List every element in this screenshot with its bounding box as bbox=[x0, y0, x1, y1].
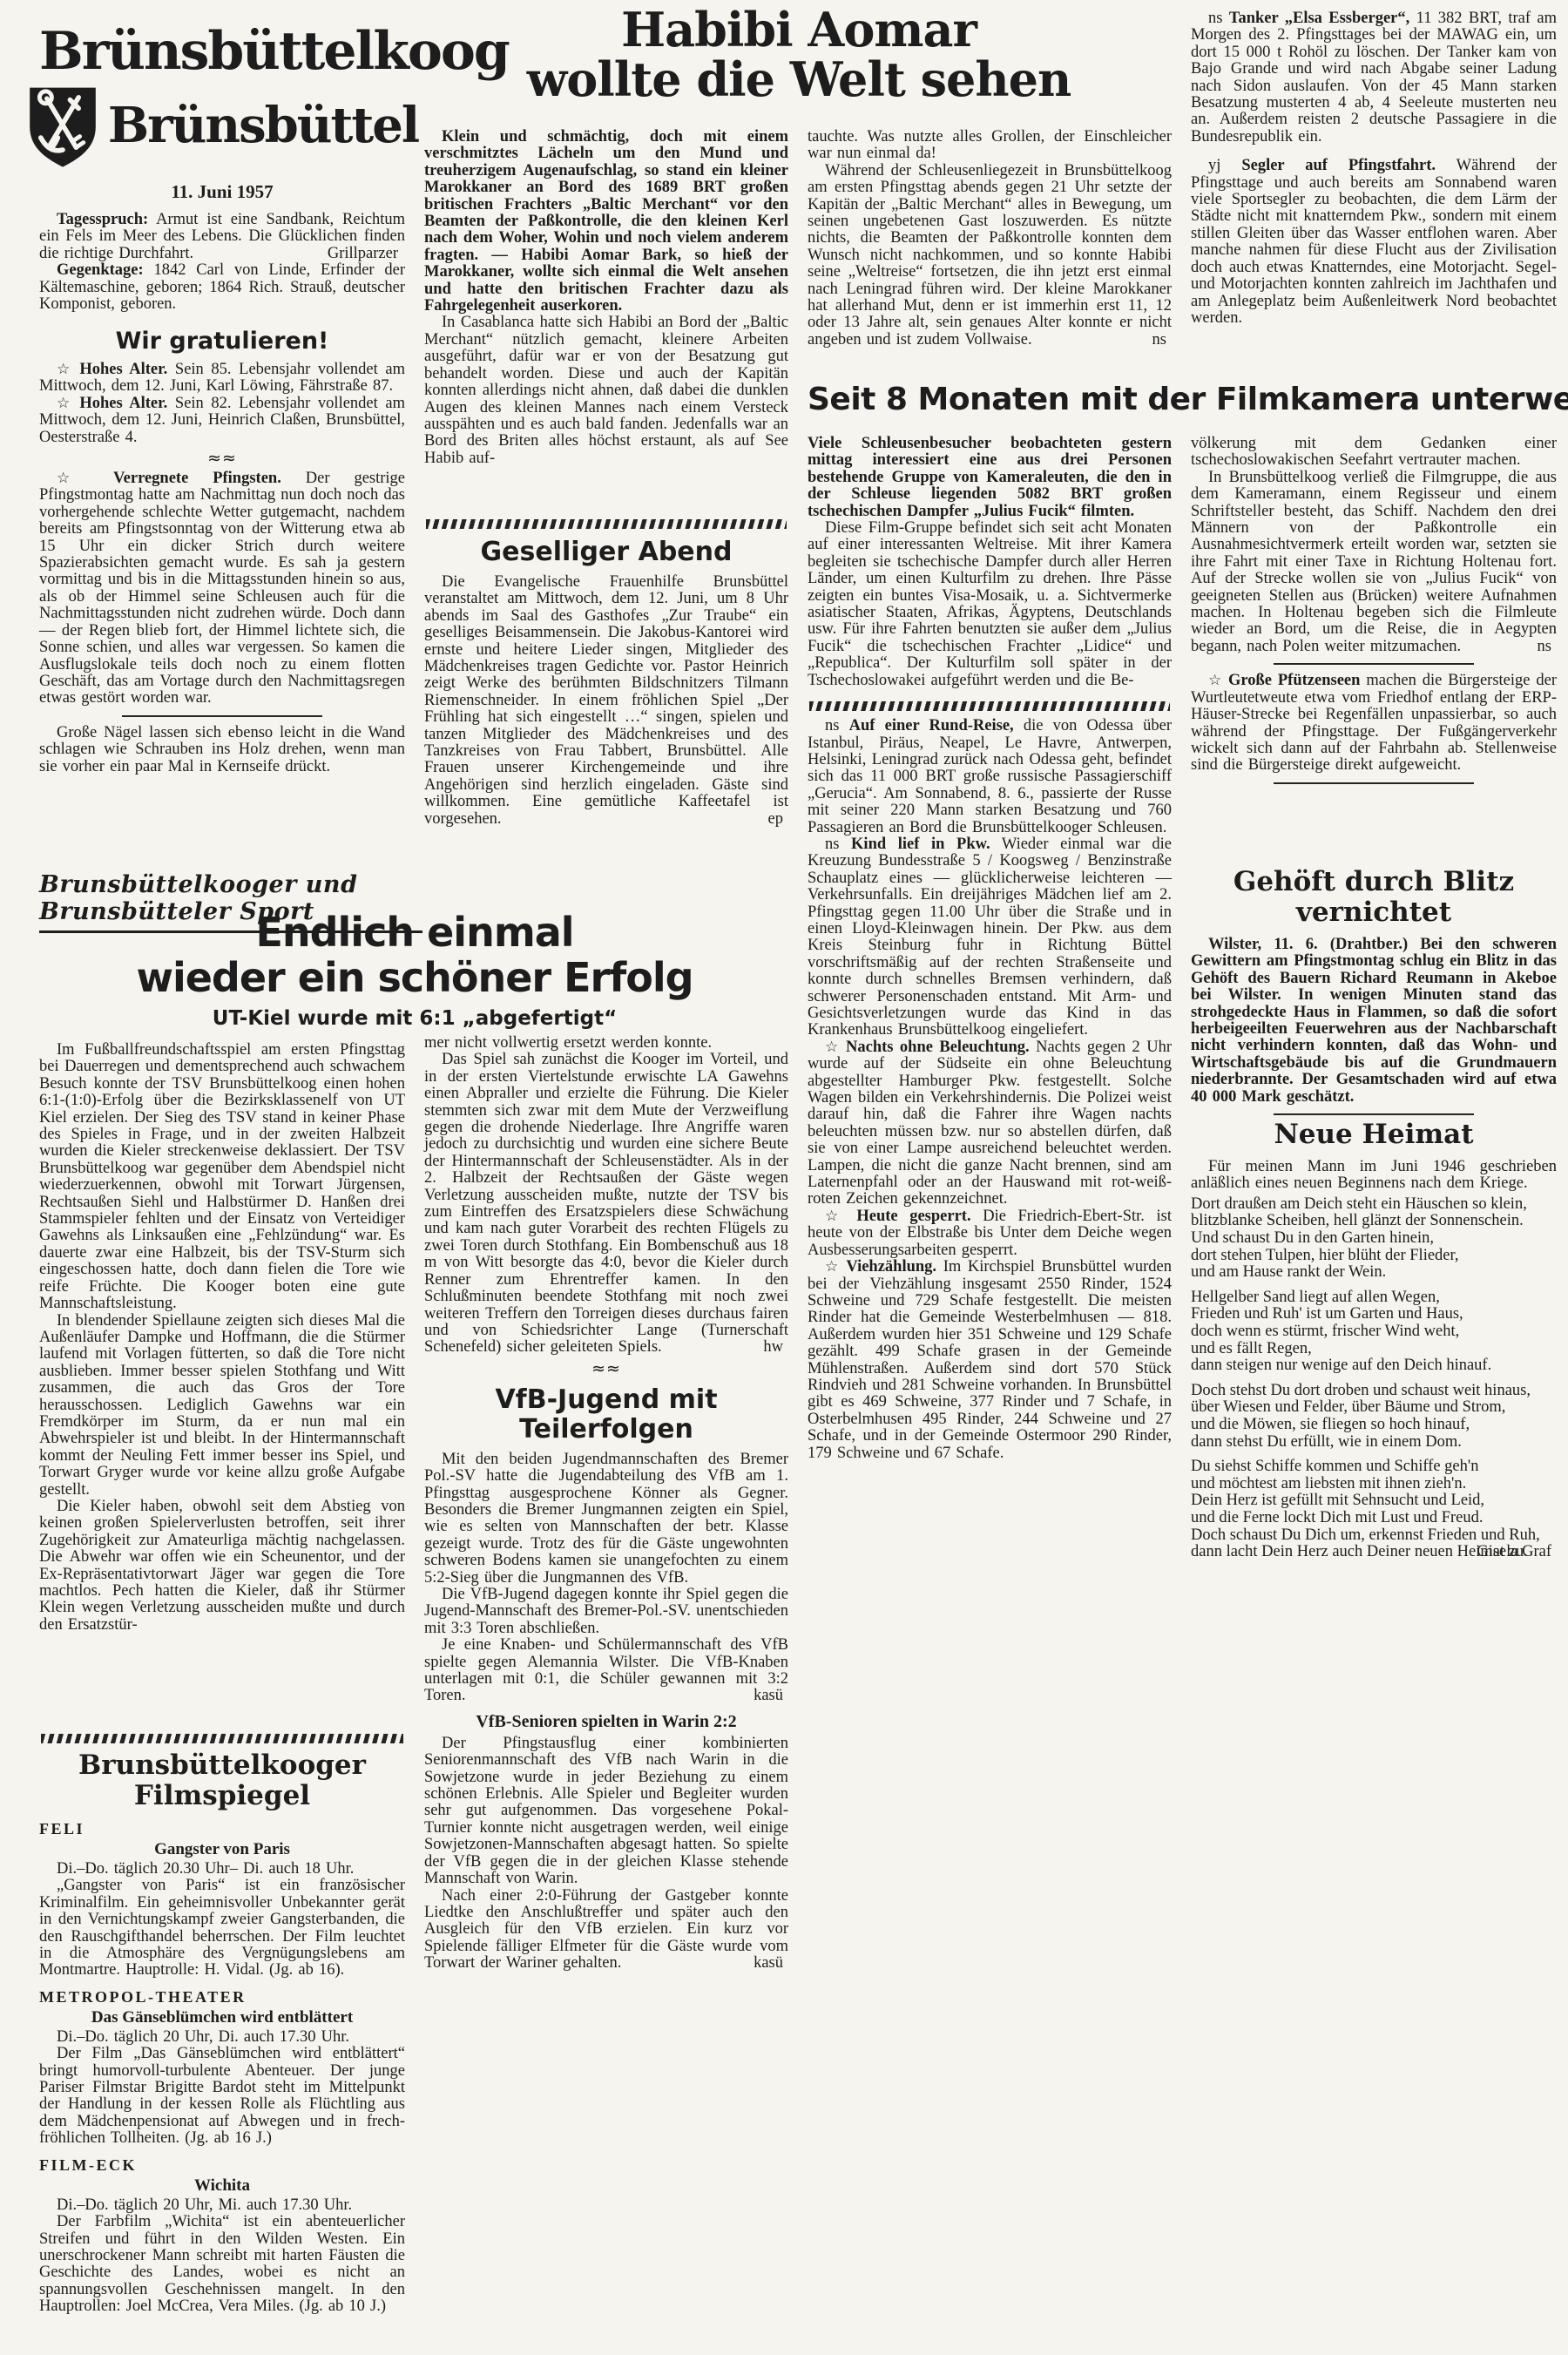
film-title: Gangster von Paris bbox=[39, 1840, 405, 1859]
gehoeft-paragraph: Wilster, 11. 6. (Drahtber.) Bei den schw… bbox=[1191, 937, 1557, 1106]
habibi-headline-line1: Habibi Aomar bbox=[424, 5, 1173, 55]
star-icon: ☆ bbox=[1208, 672, 1222, 689]
wavy-divider: ≈≈ bbox=[424, 1361, 788, 1377]
note-lead: Viehzählung. bbox=[846, 1258, 936, 1276]
note-text: 11 382 BRT, traf am Morgen des 2. Pfings… bbox=[1191, 10, 1557, 145]
heimat-intro: Für meinen Mann im Juni 1946 geschrieben… bbox=[1191, 1159, 1557, 1193]
poem-line: Du siehst Schiffe kommen und Schiffe geh… bbox=[1191, 1458, 1557, 1476]
note-gesperrt: ☆ Heute gesperrt. Die Friedrich-Ebert-St… bbox=[808, 1208, 1172, 1259]
poem-line: und möchtest am liebsten mit ihnen zieh'… bbox=[1191, 1476, 1557, 1493]
film-title: Wichita bbox=[39, 2176, 405, 2196]
filmkamera-left-column: Viele Schleusenbesucher beobachteten ges… bbox=[808, 436, 1172, 1462]
habibi-lead-paragraph: Klein und schmächtig, doch mit einem ver… bbox=[424, 129, 788, 315]
filmkamera-paragraph: völkerung mit dem Gedanken einer tschech… bbox=[1191, 436, 1557, 470]
star-icon: ☆ bbox=[57, 470, 89, 487]
masthead-title-line1: Brünsbüttelkoog bbox=[39, 24, 405, 78]
filmkamera-paragraph: Diese Film-Gruppe befindet sich seit ach… bbox=[808, 520, 1172, 689]
naegel-tip: Große Nägel lassen sich ebenso leicht in… bbox=[39, 725, 405, 775]
star-icon: ☆ bbox=[825, 1039, 840, 1056]
note-rundreise: ns Auf einer Rund-Reise, die von Odessa … bbox=[808, 718, 1172, 836]
gehoeft-text: Bei den schweren Gewittern am Pfingstmon… bbox=[1191, 936, 1557, 1106]
star-icon: ☆ bbox=[825, 1258, 840, 1276]
verregnete-text: Der gestrige Pfingstmontag hatte am Nach… bbox=[39, 470, 405, 707]
verregnete-pfingsten: ☆ Verregnete Pfingsten. Der gestrige Pfi… bbox=[39, 470, 405, 707]
note-prefix: ns bbox=[1208, 10, 1222, 27]
habibi-paragraph: In Casablanca hatte sich Habibi an Bord … bbox=[424, 315, 788, 467]
heimat-intro-wrap: Für meinen Mann im Juni 1946 geschrieben… bbox=[1191, 1159, 1557, 1193]
poem-line: dann stehst Du erfüllt, wie in einem Dom… bbox=[1191, 1434, 1557, 1452]
vfb-senioren-headline: VfB-Senioren spielten in Warin 2:2 bbox=[424, 1712, 788, 1732]
note-text: die von Odessa über Istanbul, Piräus, Ne… bbox=[808, 717, 1172, 836]
film-times: Di.–Do. täglich 20 Uhr, Di. auch 17.30 U… bbox=[39, 2029, 405, 2046]
sport-headline-line2: wieder ein schöner Erfolg bbox=[39, 955, 790, 1000]
poem-line: Und schaust Du in den Garten hinein, bbox=[1191, 1230, 1557, 1248]
vfb-paragraph: Mit den beiden Jugendmannschaften des Br… bbox=[424, 1452, 788, 1587]
habibi-column-2: tauchte. Was nutzte alles Grollen, der E… bbox=[808, 129, 1172, 349]
masthead-section: Brünsbüttelkoog Brünsbüttel bbox=[39, 24, 405, 313]
poem-line: und die Ferne lockt Dich mit Lust und Fr… bbox=[1191, 1510, 1557, 1527]
newspaper-page: Brünsbüttelkoog Brünsbüttel bbox=[0, 0, 1568, 2355]
sport-column-1: Im Fußballfreundschaftsspiel am ersten P… bbox=[39, 1042, 405, 1634]
rule-divider bbox=[122, 715, 322, 717]
wavy-divider: ≈≈ bbox=[39, 450, 405, 466]
tagesspruch-label: Tagesspruch: bbox=[57, 211, 148, 228]
poem-line: Doch stehst Du dort droben und schaust w… bbox=[1191, 1383, 1557, 1400]
film-review: Der Farbfilm „Wichita“ ist ein abenteuer… bbox=[39, 2214, 405, 2315]
heimat-section: Neue Heimat Für meinen Mann im Juni 1946… bbox=[1191, 1120, 1557, 1561]
film-review: Der Film „Das Gänseblümchen wird entblät… bbox=[39, 2046, 405, 2147]
poem-line: dort stehen Tulpen, hier blüht der Flied… bbox=[1191, 1248, 1557, 1265]
habibi-paragraph: tauchte. Was nutzte alles Grollen, der E… bbox=[808, 129, 1172, 163]
note-text: Nachts gegen 2 Uhr wurde auf der Südseit… bbox=[808, 1039, 1172, 1208]
hohes-alter-2-lead: Hohes Alter. bbox=[79, 395, 167, 412]
star-icon: ☆ bbox=[57, 361, 72, 378]
note-prefix: yj bbox=[1208, 157, 1220, 174]
issue-date: 11. Juni 1957 bbox=[39, 181, 405, 203]
gesellig-paragraph: Die Evangelische Frauenhilfe Brunsbüttel… bbox=[424, 574, 788, 828]
hohes-alter-2: ☆ Hohes Alter. Sein 82. Lebensjahr volle… bbox=[39, 396, 405, 446]
sport-paragraph: In blendender Spiellaune zeigten sich di… bbox=[39, 1313, 405, 1499]
note-pfuetzenseen: ☆ Große Pfützenseen machen die Bürgerste… bbox=[1191, 673, 1557, 774]
poem-line: dann steigen nur wenige auf den Deich hi… bbox=[1191, 1357, 1557, 1375]
vfb-sign: kasü bbox=[424, 1688, 788, 1704]
poem-line: Dein Herz ist gefüllt mit Sehnsucht und … bbox=[1191, 1492, 1557, 1510]
gehoeft-headline: Gehöft durch Blitz vernichtet bbox=[1191, 867, 1557, 928]
sport-subhead: UT-Kiel wurde mit 6:1 „abgefertigt“ bbox=[39, 1007, 790, 1030]
heimat-poem: Dort draußen am Deich steht ein Häuschen… bbox=[1191, 1196, 1557, 1561]
coat-of-arms-icon bbox=[26, 82, 99, 169]
note-kind: ns Kind lief in Pkw. Wieder einmal war d… bbox=[808, 836, 1172, 1039]
film-title: Das Gänseblümchen wird entblättert bbox=[39, 2008, 405, 2027]
filmspiegel-section: Brunsbüttelkooger Filmspiegel FELI Gangs… bbox=[39, 1727, 405, 2316]
gehoeft-dateline: Wilster, 11. 6. (Drahtber.) bbox=[1208, 936, 1408, 953]
filmkamera-headline: Seit 8 Monaten mit der Filmkamera unterw… bbox=[808, 382, 1558, 417]
note-nachts: ☆ Nachts ohne Beleuchtung. Nachts gegen … bbox=[808, 1039, 1172, 1208]
poem-line: Frieden und Ruh' ist um Garten und Haus, bbox=[1191, 1306, 1557, 1323]
note-lead: Auf einer Rund-Reise, bbox=[849, 717, 1014, 734]
rule-divider bbox=[1274, 782, 1474, 784]
poem-line: doch wenn es stürmt, frischer Wind weht, bbox=[1191, 1323, 1557, 1341]
note-segler: yj Segler auf Pfingstfahrt. Während der … bbox=[1191, 158, 1557, 327]
filmkamera-right-column: völkerung mit dem Gedanken einer tschech… bbox=[1191, 436, 1557, 792]
sport-headline-block: Endlich einmal wieder ein schöner Erfolg… bbox=[39, 910, 790, 1030]
filmkamera-paragraph: In Brunsbüttelkoog verließ die Filmgrupp… bbox=[1191, 470, 1557, 655]
habibi-column-1: Klein und schmächtig, doch mit einem ver… bbox=[424, 129, 788, 467]
note-tanker: ns Tanker „Elsa Essberger“, 11 382 BRT, … bbox=[1191, 10, 1557, 145]
gesellig-headline: Geselliger Abend bbox=[424, 538, 788, 567]
masthead-title-line2-row: Brünsbüttel bbox=[39, 82, 405, 169]
note-prefix: ns bbox=[825, 836, 839, 853]
filmkamera-headline-block: Seit 8 Monaten mit der Filmkamera unterw… bbox=[808, 382, 1558, 417]
note-text: Wieder einmal war die Kreuzung Bundesstr… bbox=[808, 836, 1172, 1039]
note-lead: Tanker „Elsa Essberger“, bbox=[1229, 10, 1409, 27]
rule-divider bbox=[1274, 1113, 1474, 1115]
cinema-name-metropol: METROPOL-THEATER bbox=[39, 1988, 405, 2006]
note-viehzaehlung: ☆ Viehzählung. Im Kirchspiel Brunsbüttel… bbox=[808, 1259, 1172, 1462]
note-text: Während der Pfingsttage und auch bereits… bbox=[1191, 157, 1557, 327]
braid-divider bbox=[41, 1734, 403, 1743]
gedenktage-label: Gegenktage: bbox=[57, 261, 144, 279]
cinema-name-filmeck: FILM-ECK bbox=[39, 2156, 405, 2175]
filmspiegel-headline: Brunsbüttelkooger Filmspiegel bbox=[39, 1750, 405, 1811]
note-prefix: ns bbox=[825, 717, 839, 734]
note-lead: Nachts ohne Beleuchtung. bbox=[846, 1039, 1030, 1056]
filmkamera-lead: Viele Schleusenbesucher beobachteten ges… bbox=[808, 436, 1172, 520]
gehoeft-section: Gehöft durch Blitz vernichtet Wilster, 1… bbox=[1191, 867, 1557, 1123]
rule-divider bbox=[1274, 663, 1474, 665]
habibi-paragraph: Während der Schleusenliegezeit in Brunsb… bbox=[808, 163, 1172, 349]
poem-line: Hellgelber Sand liegt auf allen Wegen, bbox=[1191, 1289, 1557, 1307]
hohes-alter-1: ☆ Hohes Alter. Sein 85. Lebensjahr volle… bbox=[39, 362, 405, 396]
film-review: „Gangster von Paris“ ist ein französisch… bbox=[39, 1878, 405, 1979]
shipping-column: ns Tanker „Elsa Essberger“, 11 382 BRT, … bbox=[1191, 10, 1557, 327]
vfb-senioren-paragraph: Der Pfingstausflug einer kombinierten Se… bbox=[424, 1736, 788, 1888]
gratulieren-headline: Wir gratulieren! bbox=[39, 328, 405, 355]
poem-line: Dort draußen am Deich steht ein Häuschen… bbox=[1191, 1196, 1557, 1214]
star-icon: ☆ bbox=[825, 1208, 845, 1225]
verregnete-lead: Verregnete Pfingsten. bbox=[113, 470, 281, 487]
note-text: Im Kirchspiel Brunsbüttel wurden bei der… bbox=[808, 1258, 1172, 1461]
habibi-headline-block: Habibi Aomar wollte die Welt sehen bbox=[424, 5, 1173, 105]
sport-col1-paragraphs: Im Fußballfreundschaftsspiel am ersten P… bbox=[39, 1042, 405, 1634]
vfb-paragraph: Die VfB-Jugend dagegen konnte ihr Spiel … bbox=[424, 1587, 788, 1637]
note-lead: Segler auf Pfingstfahrt. bbox=[1241, 157, 1436, 174]
poem-line: und am Hause rankt der Wein. bbox=[1191, 1264, 1557, 1282]
vfb-headline: VfB-Jugend mit Teilerfolgen bbox=[424, 1385, 788, 1445]
poem-line: über Wiesen und Felder, über Bäume und S… bbox=[1191, 1399, 1557, 1417]
poem-line: Doch schaust Du Dich um, erkennst Friede… bbox=[1191, 1527, 1557, 1545]
note-lead: Große Pfützenseen bbox=[1228, 672, 1360, 689]
braid-divider bbox=[426, 519, 787, 529]
sport-column-2: mer nicht vollwertig ersetzt werden konn… bbox=[424, 1035, 788, 1973]
poem-line: blitzblanke Scheiben, hell glänzt der So… bbox=[1191, 1213, 1557, 1230]
film-times: Di.–Do. täglich 20 Uhr, Mi. auch 17.30 U… bbox=[39, 2197, 405, 2214]
habibi-headline-line2: wollte die Welt sehen bbox=[424, 55, 1173, 105]
note-lead: Kind lief in Pkw. bbox=[851, 836, 990, 853]
masthead: Brünsbüttelkoog Brünsbüttel bbox=[39, 24, 405, 169]
note-lead: Heute gesperrt. bbox=[856, 1208, 970, 1225]
sport-paragraph: Das Spiel sah zunächst die Kooger im Vor… bbox=[424, 1052, 788, 1356]
heimat-headline: Neue Heimat bbox=[1191, 1120, 1557, 1150]
sport-paragraph: Im Fußballfreundschaftsspiel am ersten P… bbox=[39, 1042, 405, 1313]
sport-continuation-line: mer nicht vollwertig ersetzt werden konn… bbox=[424, 1035, 788, 1052]
geselliger-abend-section: Geselliger Abend Die Evangelische Frauen… bbox=[424, 512, 788, 828]
gratulieren-section: Wir gratulieren! ☆ Hohes Alter. Sein 85.… bbox=[39, 328, 405, 775]
poem-line: und die Möwen, sie fliegen so hoch hinau… bbox=[1191, 1417, 1557, 1434]
hohes-alter-1-lead: Hohes Alter. bbox=[79, 361, 167, 378]
poem-line: und es fällt Regen, bbox=[1191, 1341, 1557, 1358]
film-times: Di.–Do. täglich 20.30 Uhr– Di. auch 18 U… bbox=[39, 1861, 405, 1878]
cinema-name-feli: FELI bbox=[39, 1820, 405, 1838]
gedenktage: Gegenktage: 1842 Carl von Linde, Erfinde… bbox=[39, 262, 405, 313]
sport-headline-line1: Endlich einmal bbox=[39, 910, 790, 955]
masthead-title-line2: Brünsbüttel bbox=[108, 100, 418, 151]
braid-divider bbox=[809, 701, 1170, 711]
sport-paragraph: Die Kieler haben, obwohl seit dem Abstie… bbox=[39, 1499, 405, 1634]
star-icon: ☆ bbox=[57, 395, 72, 412]
